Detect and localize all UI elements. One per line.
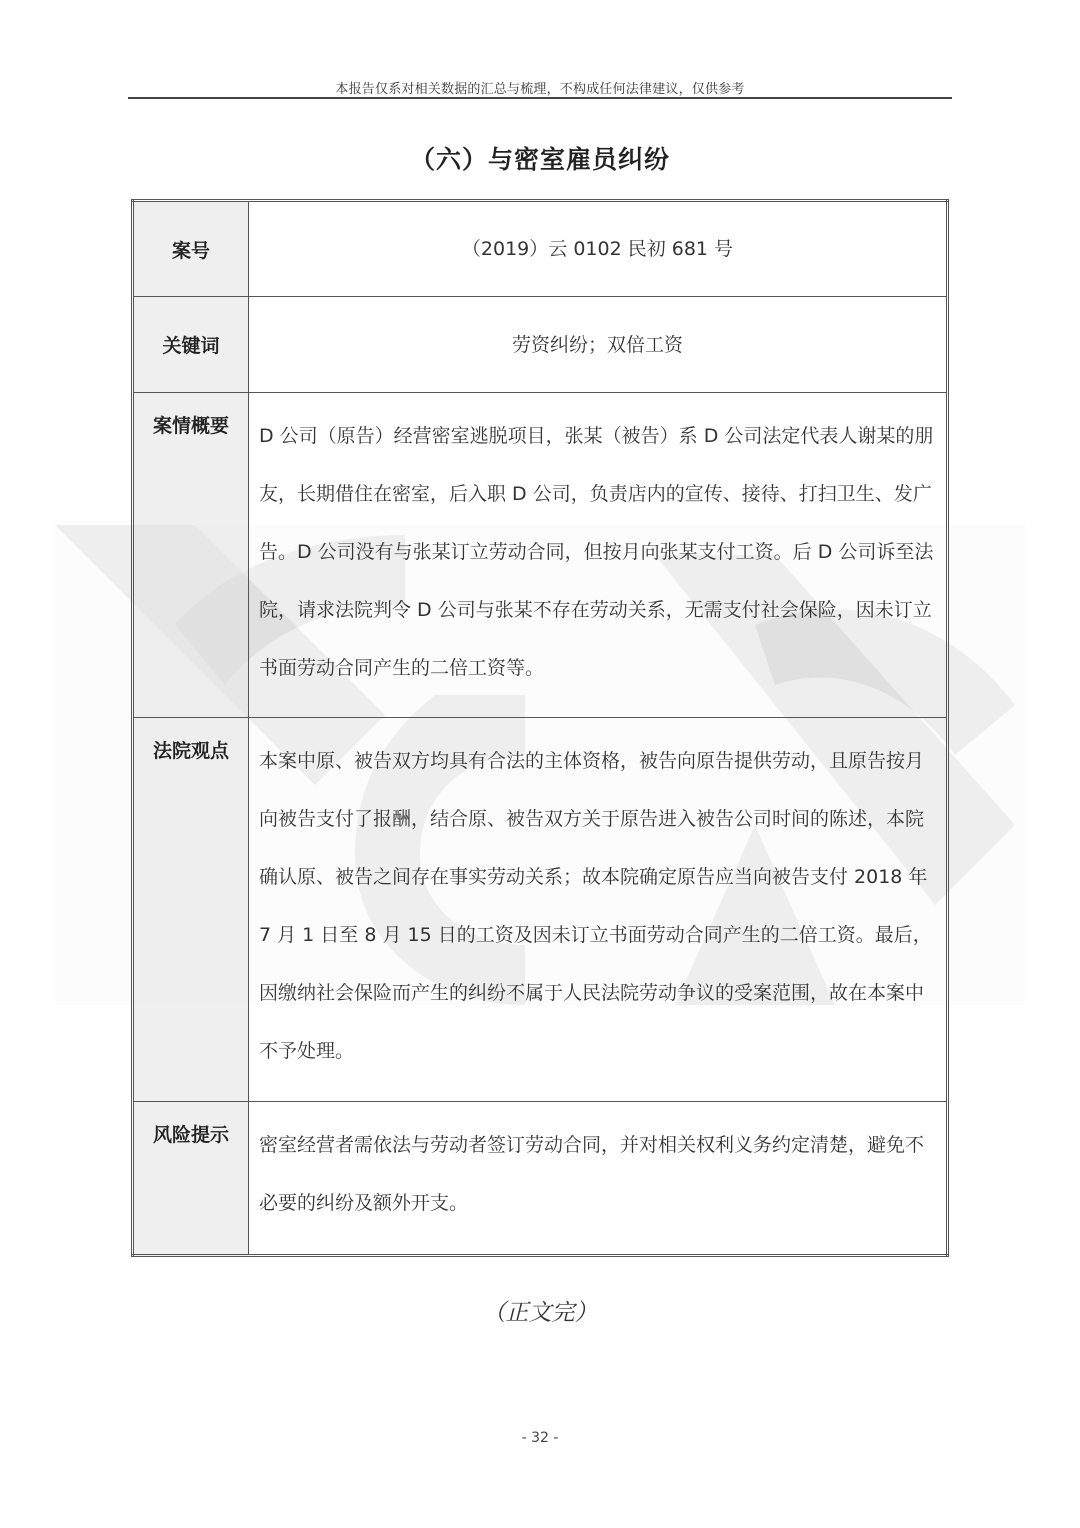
table-row-case-number: 案号 （2019）云 0102 民初 681 号 [133,201,948,297]
row-label: 案情概要 [133,393,249,718]
header-divider [128,97,952,99]
row-label: 案号 [133,201,249,297]
row-value: 劳资纠纷；双倍工资 [249,297,948,393]
table-row-risk-warning: 风险提示 密室经营者需依法与劳动者签订劳动合同，并对相关权利义务约定清楚，避免不… [133,1102,948,1256]
table-row-case-summary: 案情概要 D 公司（原告）经营密室逃脱项目，张某（被告）系 D 公司法定代表人谢… [133,393,948,718]
row-value: D 公司（原告）经营密室逃脱项目，张某（被告）系 D 公司法定代表人谢某的朋友，… [249,393,948,718]
table-row-court-opinion: 法院观点 本案中原、被告双方均具有合法的主体资格，被告向原告提供劳动，且原告按月… [133,718,948,1102]
end-of-text-note: （正文完） [0,1294,1080,1327]
row-value: 本案中原、被告双方均具有合法的主体资格，被告向原告提供劳动，且原告按月向被告支付… [249,718,948,1102]
page-number: - 32 - [0,1430,1080,1446]
row-label: 法院观点 [133,718,249,1102]
case-info-table: 案号 （2019）云 0102 民初 681 号 关键词 劳资纠纷；双倍工资 案… [131,199,949,1257]
row-value: 密室经营者需依法与劳动者签订劳动合同，并对相关权利义务约定清楚，避免不必要的纠纷… [249,1102,948,1256]
row-label: 风险提示 [133,1102,249,1256]
row-value: （2019）云 0102 民初 681 号 [249,201,948,297]
header-disclaimer: 本报告仅系对相关数据的汇总与梳理，不构成任何法律建议，仅供参考 [0,78,1080,97]
row-label: 关键词 [133,297,249,393]
section-title: （六）与密室雇员纠纷 [0,140,1080,176]
table-row-keywords: 关键词 劳资纠纷；双倍工资 [133,297,948,393]
